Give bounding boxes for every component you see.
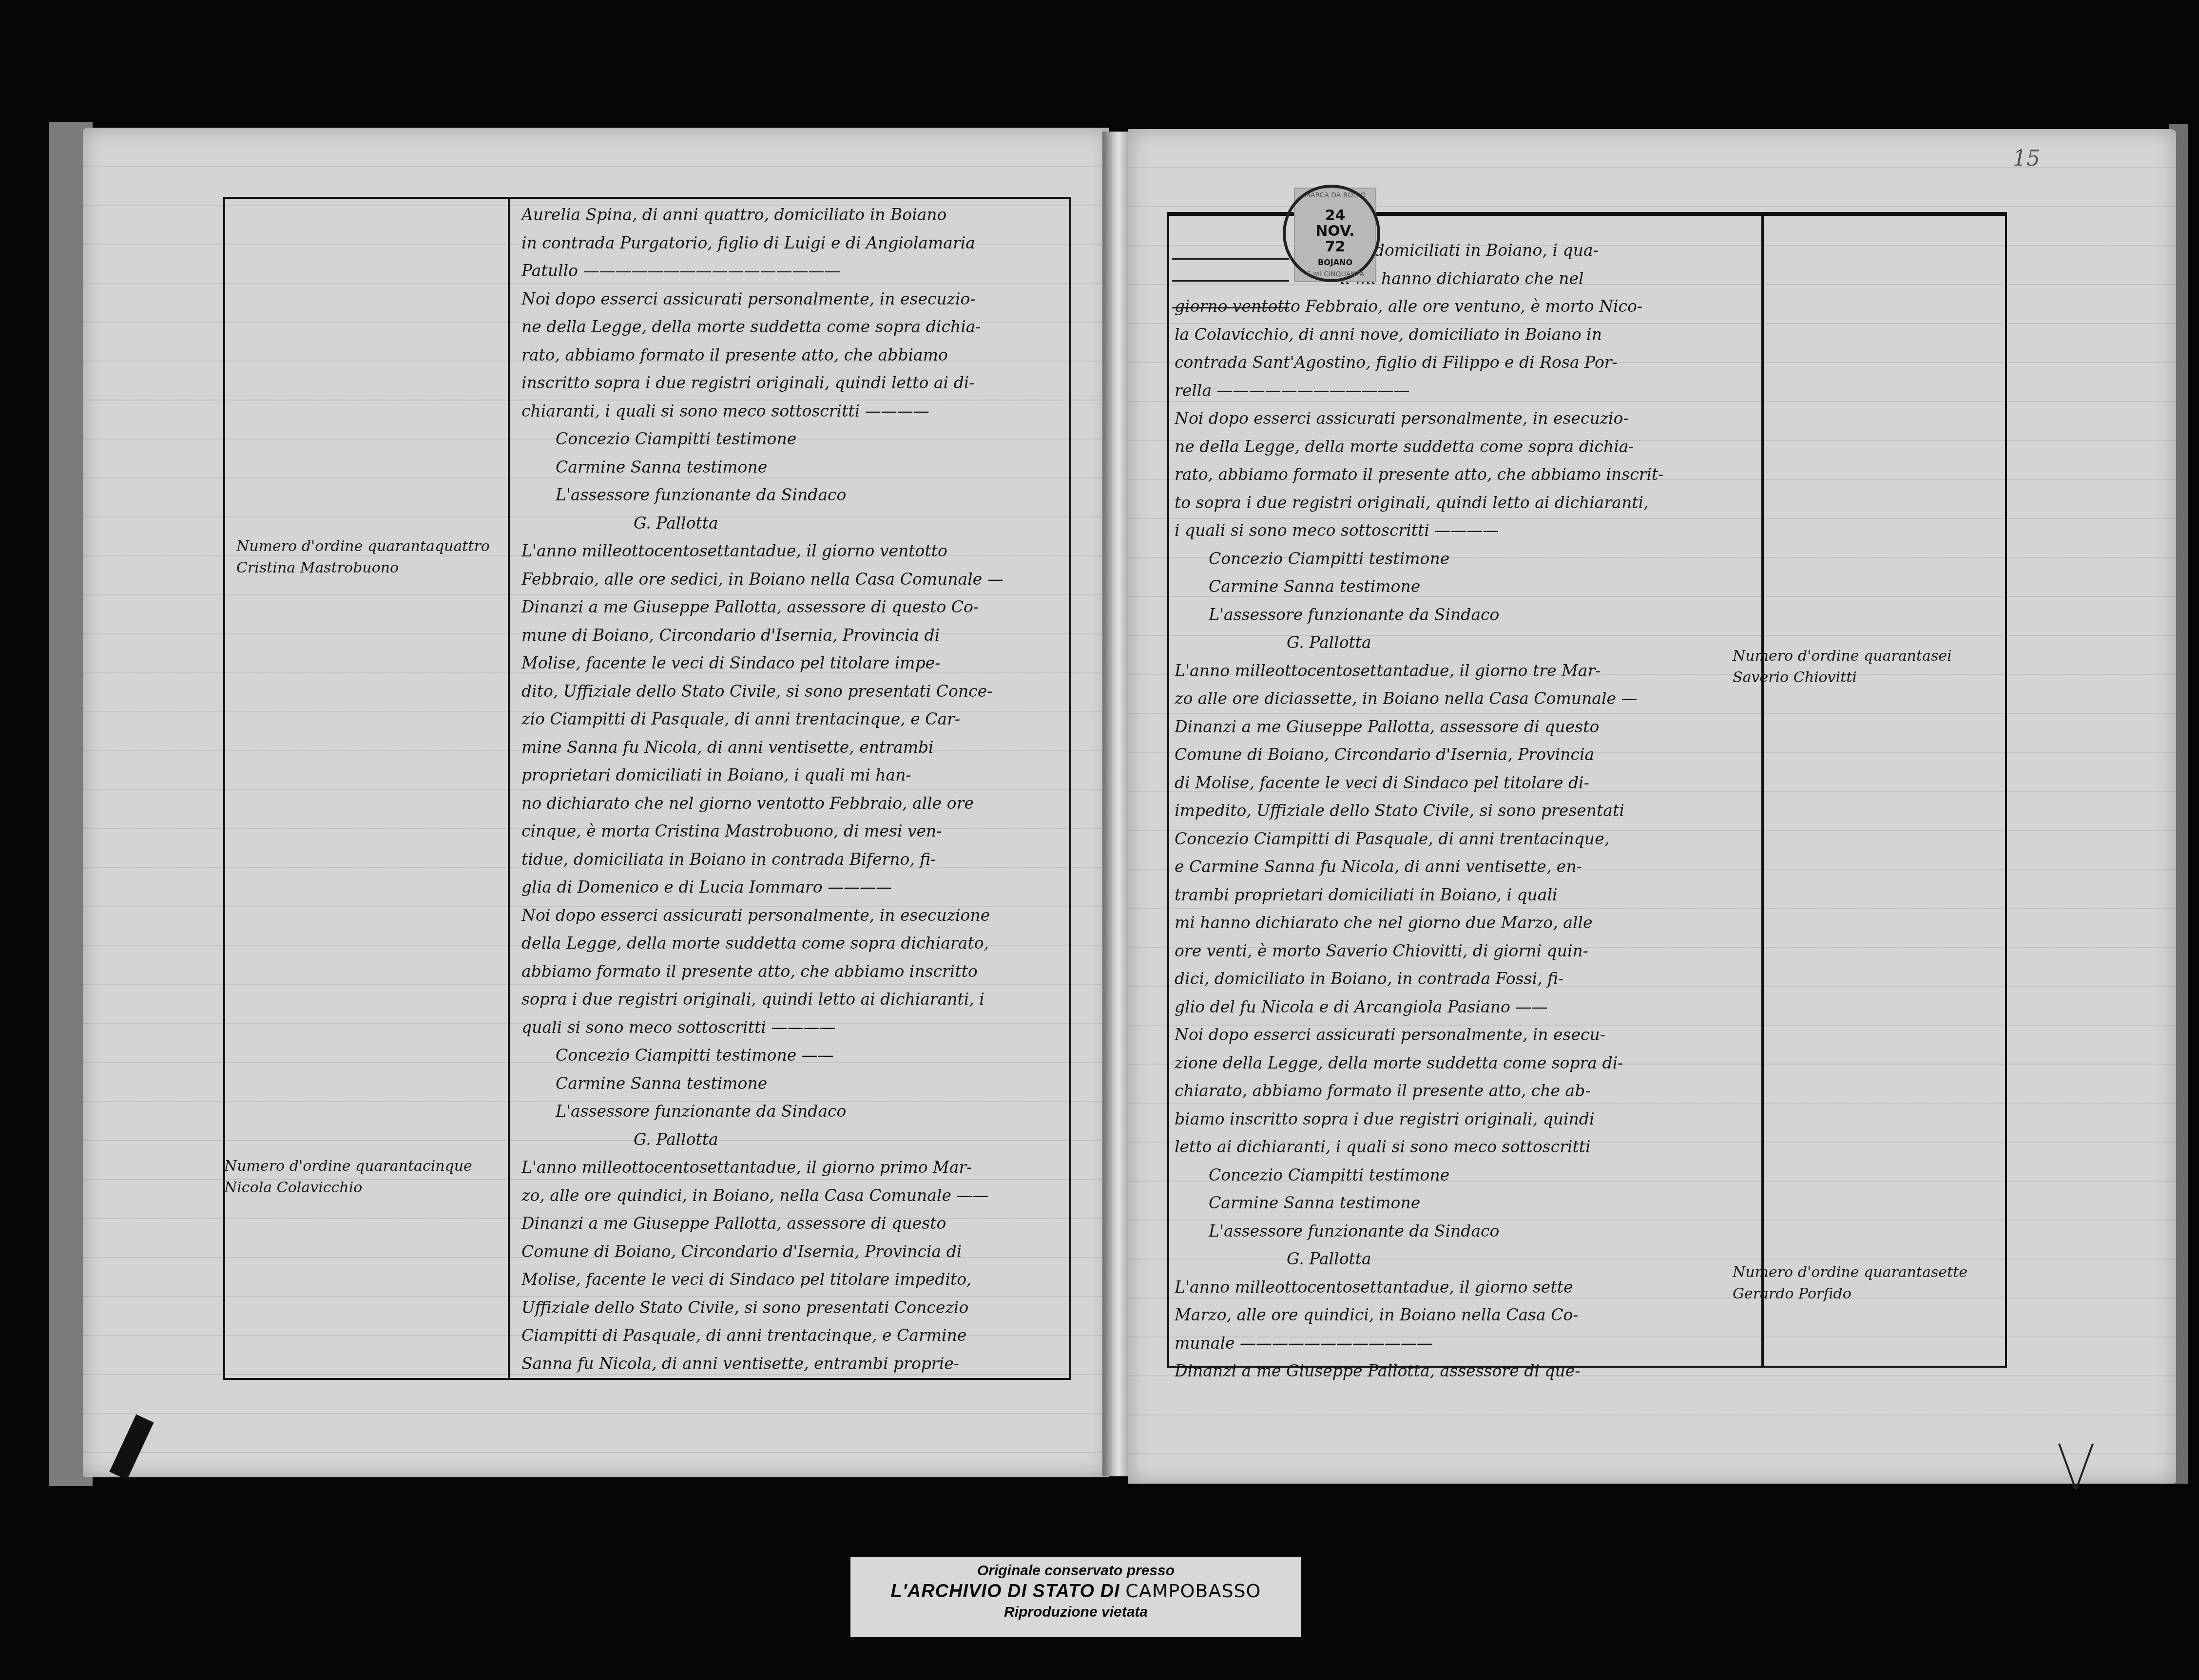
- label-city-handwritten: CAMPOBASSO: [1125, 1580, 1261, 1602]
- text-line: in contrada Purgatorio, figlio di Luigi …: [521, 229, 1058, 257]
- text-line: biamo inscritto sopra i due registri ori…: [1175, 1105, 1755, 1133]
- witness-signature: Carmine Sanna testimone: [1175, 1189, 1755, 1217]
- order-number-label: Numero d'ordine quarantacinque: [224, 1156, 472, 1177]
- witness-signature: Concezio Ciampitti testimone: [521, 425, 1058, 453]
- text-line: zione della Legge, della morte suddetta …: [1175, 1049, 1755, 1077]
- text-line: giorno ventotto Febbraio, alle ore ventu…: [1175, 292, 1755, 321]
- margin-entry-47: Numero d'ordine quarantasette Gerardo Po…: [1733, 1262, 1968, 1305]
- text-line: L'anno milleottocentosettantadue, il gio…: [521, 537, 1058, 565]
- text-line: L'anno milleottocentosettantadue, il gio…: [1175, 657, 1755, 685]
- order-number-label: Numero d'ordine quarantasei: [1733, 646, 1952, 667]
- text-line: Marzo, alle ore quindici, in Boiano nell…: [1175, 1301, 1755, 1329]
- margin-entry-46: Numero d'ordine quarantasei Saverio Chio…: [1733, 646, 1952, 688]
- text-line: Dinanzi a me Giuseppe Pallotta, assessor…: [521, 1209, 1058, 1238]
- text-line: L'anno milleottocentosettantadue, il gio…: [521, 1153, 1058, 1182]
- text-line: Patullo ————————————————: [521, 257, 1058, 285]
- text-line: zio Ciampitti di Pasquale, di anni trent…: [521, 705, 1058, 733]
- left-page: Numero d'ordine quarantaquattro Cristina…: [83, 128, 1109, 1477]
- stamp-place: BOJANO: [1295, 258, 1375, 267]
- text-line: no dichiarato che nel giorno ventotto Fe…: [521, 789, 1058, 818]
- witness-signature: Concezio Ciampitti testimone ——: [521, 1041, 1058, 1069]
- official-title: L'assessore funzionante da Sindaco: [1175, 601, 1755, 629]
- text-line: Dinanzi a me Giuseppe Pallotta, assessor…: [1175, 713, 1755, 741]
- margin-column-divider: [1761, 216, 1764, 1366]
- text-line: abbiamo formato il presente atto, che ab…: [521, 957, 1058, 986]
- text-line: Dinanzi a me Giuseppe Pallotta, assessor…: [1175, 1357, 1755, 1385]
- text-line: mine Sanna fu Nicola, di anni ventisette…: [521, 733, 1058, 762]
- text-line: impedito, Uffiziale dello Stato Civile, …: [1175, 797, 1755, 825]
- label-line-3: Riproduzione vietata: [850, 1604, 1301, 1621]
- text-line: Concezio Ciampitti di Pasquale, di anni …: [1175, 825, 1755, 853]
- stamp-date: 24 NOV. 72: [1295, 208, 1375, 255]
- label-archive-name: L'ARCHIVIO DI STATO DI: [890, 1581, 1125, 1602]
- text-line: tidue, domiciliata in Boiano in contrada…: [521, 845, 1058, 874]
- text-line: Sanna fu Nicola, di anni ventisette, ent…: [521, 1350, 1058, 1378]
- stamp-month: NOV.: [1295, 224, 1375, 239]
- text-line: e Carmine Sanna fu Nicola, di anni venti…: [1175, 853, 1755, 881]
- text-line: L'anno milleottocentosettantadue, il gio…: [1175, 1273, 1755, 1301]
- text-line: munale ————————————: [1175, 1329, 1755, 1357]
- text-line: inscritto sopra i due registri originali…: [521, 369, 1058, 397]
- text-line: Uffiziale dello Stato Civile, si sono pr…: [521, 1294, 1058, 1322]
- deceased-name: Saverio Chiovitti: [1733, 667, 1952, 688]
- left-page-body: Aurelia Spina, di anni quattro, domicili…: [521, 201, 1058, 1377]
- deceased-name: Cristina Mastrobuono: [236, 557, 490, 579]
- text-line: rella ————————————: [1175, 377, 1755, 405]
- witness-signature: Concezio Ciampitti testimone: [1175, 1161, 1755, 1189]
- right-page: 15 Numero d'ordine quarantasei Saverio C…: [1128, 129, 2176, 1484]
- text-line: tari domiciliati in Boiano, i qua-: [1175, 236, 1755, 265]
- official-title: L'assessore funzionante da Sindaco: [521, 1097, 1058, 1126]
- text-line: rato, abbiamo formato il presente atto, …: [1175, 460, 1755, 489]
- text-line: li mi hanno dichiarato che nel: [1175, 265, 1755, 293]
- revenue-stamp: MARCA DA BOLLO 24 NOV. 72 BOJANO C.mi CI…: [1294, 188, 1376, 282]
- archive-label: Originale conservato presso L'ARCHIVIO D…: [850, 1557, 1301, 1637]
- text-line: quali si sono meco sottoscritti ————: [521, 1013, 1058, 1042]
- order-number-label: Numero d'ordine quarantasette: [1733, 1262, 1968, 1283]
- text-line: zo, alle ore quindici, in Boiano, nella …: [521, 1182, 1058, 1210]
- text-line: ore venti, è morto Saverio Chiovitti, di…: [1175, 937, 1755, 965]
- stamp-year: 72: [1295, 239, 1375, 255]
- text-line: di Molise, facente le veci di Sindaco pe…: [1175, 769, 1755, 797]
- margin-entry-45: Numero d'ordine quarantacinque Nicola Co…: [224, 1156, 472, 1199]
- official-signature: G. Pallotta: [1175, 629, 1755, 657]
- text-line: Molise, facente le veci di Sindaco pel t…: [521, 649, 1058, 677]
- official-title: L'assessore funzionante da Sindaco: [521, 481, 1058, 509]
- text-line: glio del fu Nicola e di Arcangiola Pasia…: [1175, 993, 1755, 1021]
- text-line: letto ai dichiaranti, i quali si sono me…: [1175, 1133, 1755, 1161]
- text-line: Comune di Boiano, Circondario d'Isernia,…: [1175, 741, 1755, 769]
- stamp-value: C.mi CINQUANTA: [1295, 270, 1375, 278]
- folio-number: 15: [2013, 146, 2040, 171]
- text-line: ne della Legge, della morte suddetta com…: [1175, 433, 1755, 461]
- deceased-name: Gerardo Porfido: [1733, 1283, 1968, 1305]
- margin-column-divider: [508, 199, 510, 1378]
- order-number-label: Numero d'ordine quarantaquattro: [236, 536, 490, 557]
- text-line: della Legge, della morte suddetta come s…: [521, 929, 1058, 957]
- text-line: sopra i due registri originali, quindi l…: [521, 985, 1058, 1013]
- text-line: Ciampitti di Pasquale, di anni trentacin…: [521, 1321, 1058, 1350]
- text-line: trambi proprietari domiciliati in Boiano…: [1175, 881, 1755, 909]
- text-line: chiarato, abbiamo formato il presente at…: [1175, 1077, 1755, 1105]
- text-line: Comune di Boiano, Circondario d'Isernia,…: [521, 1238, 1058, 1266]
- text-line: Dinanzi a me Giuseppe Pallotta, assessor…: [521, 593, 1058, 621]
- text-line: contrada Sant'Agostino, figlio di Filipp…: [1175, 348, 1755, 377]
- official-signature: G. Pallotta: [521, 509, 1058, 537]
- text-line: mi hanno dichiarato che nel giorno due M…: [1175, 909, 1755, 937]
- witness-signature: Carmine Sanna testimone: [521, 453, 1058, 481]
- text-line: cinque, è morta Cristina Mastrobuono, di…: [521, 817, 1058, 845]
- text-line: Noi dopo esserci assicurati personalment…: [1175, 404, 1755, 433]
- deceased-name: Nicola Colavicchio: [224, 1177, 472, 1199]
- text-line: la Colavicchio, di anni nove, domiciliat…: [1175, 321, 1755, 349]
- text-line: proprietari domiciliati in Boiano, i qua…: [521, 761, 1058, 789]
- official-title: L'assessore funzionante da Sindaco: [1175, 1217, 1755, 1245]
- text-line: dici, domiciliato in Boiano, in contrada…: [1175, 965, 1755, 993]
- text-line: ne della Legge, della morte suddetta com…: [521, 313, 1058, 341]
- right-page-body: tari domiciliati in Boiano, i qua- li mi…: [1175, 236, 1755, 1385]
- text-line: rato, abbiamo formato il presente atto, …: [521, 341, 1058, 369]
- book-gutter: [1102, 132, 1132, 1476]
- text-line: mune di Boiano, Circondario d'Isernia, P…: [521, 621, 1058, 649]
- text-line: Aurelia Spina, di anni quattro, domicili…: [521, 201, 1058, 229]
- text-line: i quali si sono meco sottoscritti ————: [1175, 516, 1755, 545]
- text-line: to sopra i due registri originali, quind…: [1175, 489, 1755, 517]
- label-line-1: Originale conservato presso: [850, 1563, 1301, 1579]
- text-line: Febbraio, alle ore sedici, in Boiano nel…: [521, 565, 1058, 593]
- text-line: glia di Domenico e di Lucia Iommaro ————: [521, 873, 1058, 901]
- margin-entry-44: Numero d'ordine quarantaquattro Cristina…: [236, 536, 490, 579]
- text-line: chiaranti, i quali si sono meco sottoscr…: [521, 397, 1058, 425]
- witness-signature: Concezio Ciampitti testimone: [1175, 545, 1755, 573]
- label-line-2: L'ARCHIVIO DI STATO DI CAMPOBASSO: [850, 1580, 1301, 1602]
- text-line: Noi dopo esserci assicurati personalment…: [521, 285, 1058, 313]
- text-line: Molise, facente le veci di Sindaco pel t…: [521, 1265, 1058, 1294]
- text-line: zo alle ore diciassette, in Boiano nella…: [1175, 685, 1755, 713]
- official-signature: G. Pallotta: [1175, 1245, 1755, 1273]
- witness-signature: Carmine Sanna testimone: [1175, 573, 1755, 601]
- text-line: dito, Uffiziale dello Stato Civile, si s…: [521, 677, 1058, 706]
- official-signature: G. Pallotta: [521, 1126, 1058, 1154]
- text-line: Noi dopo esserci assicurati personalment…: [521, 901, 1058, 930]
- stamp-day: 24: [1295, 208, 1375, 224]
- text-line: Noi dopo esserci assicurati personalment…: [1175, 1021, 1755, 1049]
- witness-signature: Carmine Sanna testimone: [521, 1069, 1058, 1098]
